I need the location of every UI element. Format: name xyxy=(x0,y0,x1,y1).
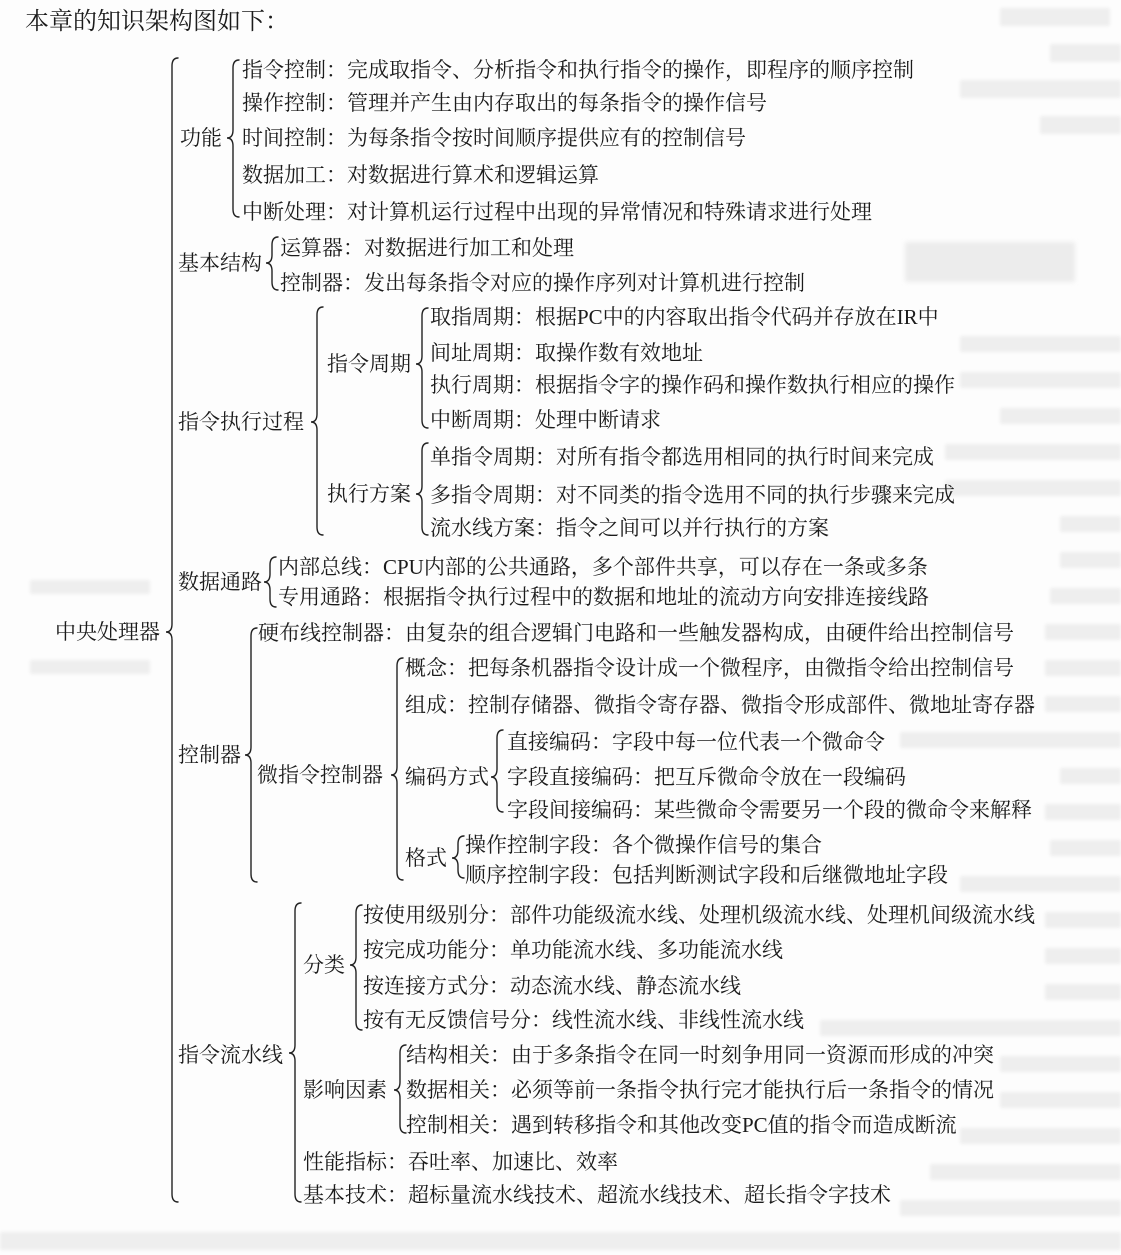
leaf-item: 流水线方案：指令之间可以并行执行的方案 xyxy=(430,515,829,541)
leaf-item: 数据加工：对数据进行算术和逻辑运算 xyxy=(242,162,599,188)
leaf-item: 时间控制：为每条指令按时间顺序提供应有的控制信号 xyxy=(242,125,746,151)
brace-controller xyxy=(245,628,257,882)
leaf-item: 中断处理：对计算机运行过程中出现的异常情况和特殊请求进行处理 xyxy=(242,199,872,225)
branch-label-execution-scheme: 执行方案 xyxy=(327,481,411,507)
brace-instruction-cycle xyxy=(416,308,428,428)
branch-label-function: 功能 xyxy=(180,125,222,151)
leaf-item: 字段直接编码：把互斥微命令放在一段编码 xyxy=(507,764,906,790)
branch-label-datapath: 数据通路 xyxy=(178,569,262,595)
brace-basic-structure xyxy=(266,237,278,290)
leaf-item: 控制相关：遇到转移指令和其他改变PC值的指令而造成断流 xyxy=(406,1112,957,1138)
branch-label-format: 格式 xyxy=(405,845,447,871)
leaf-item: 性能指标：吞吐率、加速比、效率 xyxy=(303,1149,618,1175)
leaf-item: 取指周期：根据PC中的内容取出指令代码并存放在IR中 xyxy=(430,304,939,330)
brace-execution-process xyxy=(311,307,323,535)
leaf-item: 基本技术：超标量流水线技术、超流水线技术、超长指令字技术 xyxy=(303,1182,891,1208)
branch-label-execution-process: 指令执行过程 xyxy=(178,409,304,435)
leaf-item: 中断周期：处理中断请求 xyxy=(430,407,661,433)
page-heading: 本章的知识架构图如下： xyxy=(25,7,289,37)
leaf-item: 运算器：对数据进行加工和处理 xyxy=(280,235,574,261)
brace-format xyxy=(452,836,464,878)
leaf-item: 间址周期：取操作数有效地址 xyxy=(430,340,703,366)
leaf-item: 按完成功能分：单功能流水线、多功能流水线 xyxy=(363,937,783,963)
branch-label-pipeline: 指令流水线 xyxy=(178,1042,283,1068)
leaf-item: 硬布线控制器：由复杂的组合逻辑门电路和一些触发器构成，由硬件给出控制信号 xyxy=(258,620,1014,646)
brace-function xyxy=(227,60,239,217)
branch-label-basic-structure: 基本结构 xyxy=(178,250,262,276)
leaf-item: 顺序控制字段：包括判断测试字段和后继微地址字段 xyxy=(465,862,948,888)
leaf-item: 单指令周期：对所有指令都选用相同的执行时间来完成 xyxy=(430,444,934,470)
branch-label-microprogram-controller: 微指令控制器 xyxy=(257,762,383,788)
leaf-item: 概念：把每条机器指令设计成一个微程序，由微指令给出控制信号 xyxy=(405,655,1014,681)
leaf-item: 数据相关：必须等前一条指令执行完才能执行后一条指令的情况 xyxy=(406,1077,994,1103)
brace-hazards xyxy=(394,1045,406,1133)
leaf-item: 按使用级别分：部件功能级流水线、处理机级流水线、处理机间级流水线 xyxy=(363,902,1035,928)
brace-microprogram-controller xyxy=(391,658,403,880)
leaf-item: 专用通路：根据指令执行过程中的数据和地址的流动方向安排连接线路 xyxy=(278,584,929,610)
brace-datapath xyxy=(264,557,276,607)
leaf-item: 组成：控制存储器、微指令寄存器、微指令形成部件、微地址寄存器 xyxy=(405,692,1035,718)
brace-classification xyxy=(350,905,362,1030)
leaf-item: 控制器：发出每条指令对应的操作序列对计算机进行控制 xyxy=(280,270,805,296)
brace-encoding xyxy=(491,730,503,812)
branch-label-controller: 控制器 xyxy=(178,742,241,768)
leaf-item: 按连接方式分：动态流水线、静态流水线 xyxy=(363,973,741,999)
brace-root xyxy=(166,58,178,1202)
leaf-item: 直接编码：字段中每一位代表一个微命令 xyxy=(507,729,885,755)
branch-label-hazards: 影响因素 xyxy=(303,1077,387,1103)
leaf-item: 操作控制：管理并产生由内存取出的每条指令的操作信号 xyxy=(242,90,767,116)
brace-execution-scheme xyxy=(416,443,428,535)
leaf-item: 内部总线：CPU内部的公共通路，多个部件共享，可以存在一条或多条 xyxy=(278,554,928,580)
branch-label-instruction-cycle: 指令周期 xyxy=(327,351,411,377)
leaf-item: 多指令周期：对不同类的指令选用不同的执行步骤来完成 xyxy=(430,482,955,508)
leaf-item: 指令控制：完成取指令、分析指令和执行指令的操作，即程序的顺序控制 xyxy=(242,57,914,83)
leaf-item: 结构相关：由于多条指令在同一时刻争用同一资源而形成的冲突 xyxy=(406,1042,994,1068)
leaf-item: 按有无反馈信号分：线性流水线、非线性流水线 xyxy=(363,1007,804,1033)
root-label-cpu: 中央处理器 xyxy=(55,619,160,645)
brace-pipeline xyxy=(289,903,301,1202)
leaf-item: 操作控制字段：各个微操作信号的集合 xyxy=(465,832,822,858)
leaf-item: 执行周期：根据指令字的操作码和操作数执行相应的操作 xyxy=(430,372,955,398)
branch-label-encoding: 编码方式 xyxy=(405,764,489,790)
branch-label-classification: 分类 xyxy=(303,952,345,978)
leaf-item: 字段间接编码：某些微命令需要另一个段的微命令来解释 xyxy=(507,797,1032,823)
